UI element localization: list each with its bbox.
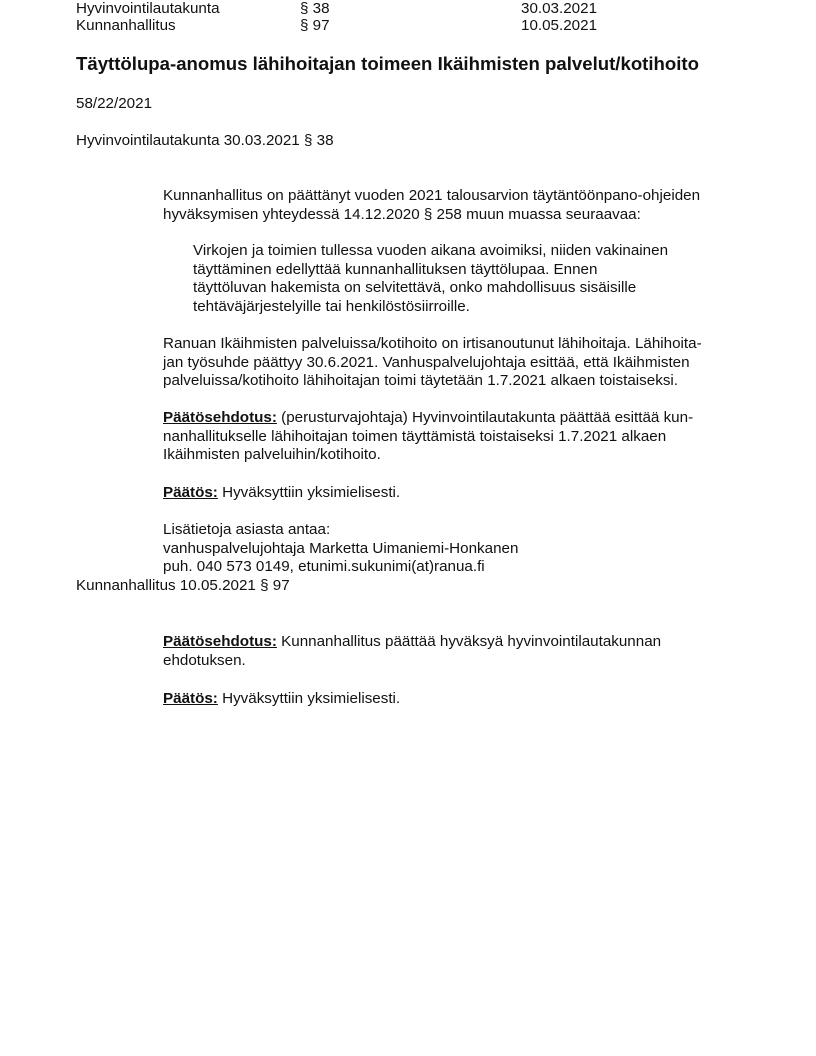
header-date: 30.03.2021 bbox=[521, 0, 597, 19]
proposal-text: (perusturvajohtaja) Hyvinvointilautakunt… bbox=[277, 409, 693, 426]
header-row: Kunnanhallitus § 97 10.05.2021 bbox=[76, 17, 776, 35]
decision-text: Hyväksyttiin yksimielisesti. bbox=[218, 484, 400, 501]
proposal-label: Päätösehdotus: bbox=[163, 633, 277, 650]
text-line: Kunnanhallitus on päättänyt vuoden 2021 … bbox=[163, 187, 753, 206]
text-line: tehtäväjärjestelyille tai henkilöstösiir… bbox=[193, 298, 733, 317]
text-line: täyttäminen edellyttää kunnanhallituksen… bbox=[193, 261, 733, 280]
proposal-text: Kunnanhallitus päättää hyväksyä hyvinvoi… bbox=[277, 633, 661, 650]
text-line: nanhallitukselle lähihoitajan toimen täy… bbox=[163, 428, 753, 447]
section2-proposal: Päätösehdotus: Kunnanhallitus päättää hy… bbox=[163, 633, 753, 670]
document-title: Täyttölupa-anomus lähihoitajan toimeen I… bbox=[76, 55, 699, 74]
text-line: palveluissa/kotihoito lähihoitajan toimi… bbox=[163, 372, 753, 391]
section1-intro: Kunnanhallitus on päättänyt vuoden 2021 … bbox=[163, 187, 753, 224]
text-line: hyväksymisen yhteydessä 14.12.2020 § 258… bbox=[163, 206, 753, 225]
section1-quote: Virkojen ja toimien tullessa vuoden aika… bbox=[193, 242, 733, 316]
section2-decision: Päätös: Hyväksyttiin yksimielisesti. bbox=[163, 690, 753, 709]
text-line: jan työsuhde päättyy 30.6.2021. Vanhuspa… bbox=[163, 354, 753, 373]
proposal-label: Päätösehdotus: bbox=[163, 409, 277, 426]
header-body: Hyvinvointilautakunta bbox=[76, 0, 220, 19]
header-date: 10.05.2021 bbox=[521, 17, 597, 36]
header-body: Kunnanhallitus bbox=[76, 17, 176, 36]
header-section: § 38 bbox=[300, 0, 330, 19]
section1-heading: Hyvinvointilautakunta 30.03.2021 § 38 bbox=[76, 132, 334, 151]
section1-proposal: Päätösehdotus: (perusturvajohtaja) Hyvin… bbox=[163, 409, 753, 465]
header-section: § 97 bbox=[300, 17, 330, 36]
text-line: täyttöluvan hakemista on selvitettävä, o… bbox=[193, 279, 733, 298]
text-line: Lisätietoja asiasta antaa: bbox=[163, 521, 753, 540]
text-line: ehdotuksen. bbox=[163, 652, 753, 671]
text-line: Virkojen ja toimien tullessa vuoden aika… bbox=[193, 242, 733, 261]
text-line: puh. 040 573 0149, etunimi.sukunimi(at)r… bbox=[163, 558, 753, 577]
header-row: Hyvinvointilautakunta § 38 30.03.2021 bbox=[76, 0, 776, 18]
text-line: Ikäihmisten palveluihin/kotihoito. bbox=[163, 446, 753, 465]
case-number: 58/22/2021 bbox=[76, 95, 152, 114]
decision-text: Hyväksyttiin yksimielisesti. bbox=[218, 690, 400, 707]
text-line: vanhuspalvelujohtaja Marketta Uimaniemi-… bbox=[163, 540, 753, 559]
section1-decision: Päätös: Hyväksyttiin yksimielisesti. bbox=[163, 484, 753, 503]
text-line: Ranuan Ikäihmisten palveluissa/kotihoito… bbox=[163, 335, 753, 354]
decision-label: Päätös: bbox=[163, 484, 218, 501]
section1-background: Ranuan Ikäihmisten palveluissa/kotihoito… bbox=[163, 335, 753, 391]
decision-label: Päätös: bbox=[163, 690, 218, 707]
section2-heading: Kunnanhallitus 10.05.2021 § 97 bbox=[76, 577, 290, 596]
section1-contact-info: Lisätietoja asiasta antaa: vanhuspalvelu… bbox=[163, 521, 753, 577]
